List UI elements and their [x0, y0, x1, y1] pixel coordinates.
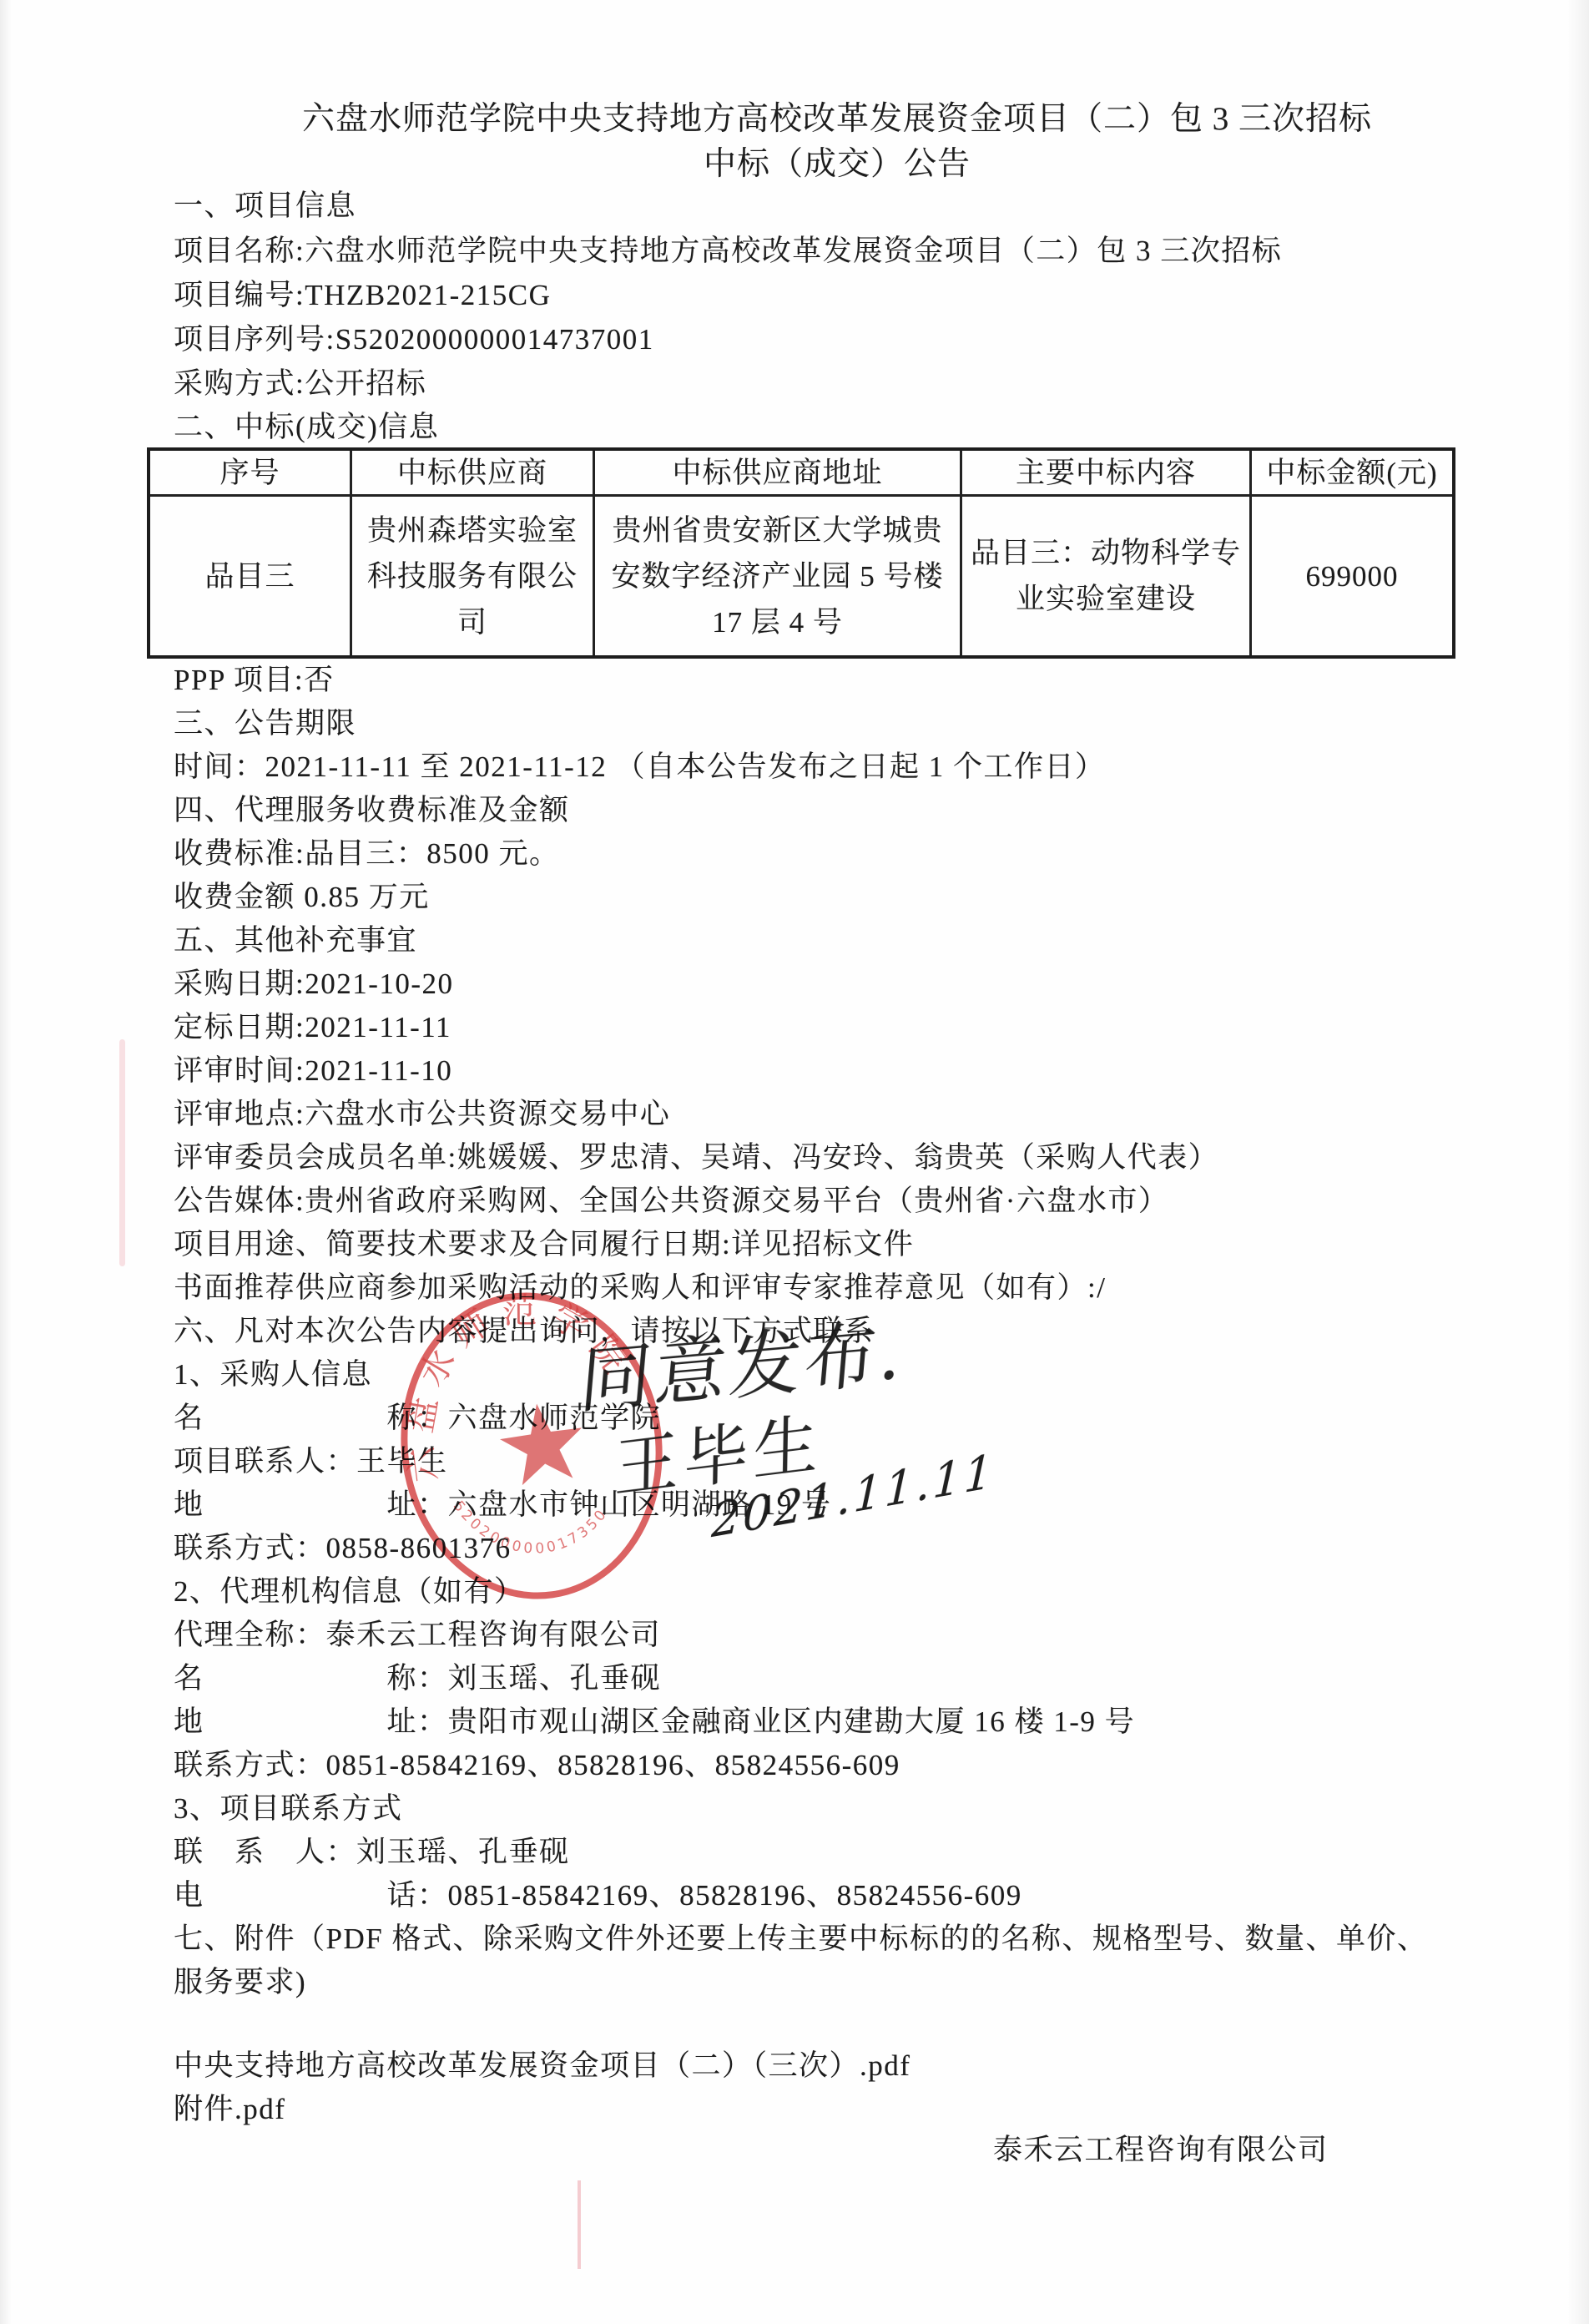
scan-artifact-pink-streak-left	[119, 1039, 125, 1266]
field-agency-phone: 联系方式：0851-85842169、85828196、85824556-609	[174, 1746, 900, 1785]
field-agency-contact-name: 名 称：刘玉瑶、孔垂砚	[174, 1660, 661, 1698]
field-fee-standard: 收费标准:品目三：8500 元。	[174, 835, 559, 873]
table-cell-address: 贵州省贵安新区大学城贵安数字经济产业园 5 号楼 17 层 4 号	[595, 497, 962, 655]
field-project-number: 项目编号:THZB2021-215CG	[174, 276, 551, 315]
field-review-committee: 评审委员会成员名单:姚媛媛、罗忠清、吴靖、冯安玲、翁贵英（采购人代表）	[174, 1139, 1218, 1177]
field-announce-media: 公告媒体:贵州省政府采购网、全国公共资源交易平台（贵州省·六盘水市）	[174, 1182, 1168, 1220]
table-header-content: 主要中标内容	[962, 451, 1252, 497]
field-ppp: PPP 项目:否	[174, 661, 335, 700]
field-project-name: 项目名称:六盘水师范学院中央支持地方高校改革发展资金项目（二）包 3 三次招标	[174, 232, 1282, 270]
subsection-purchaser-info: 1、采购人信息	[174, 1356, 372, 1394]
field-project-usage: 项目用途、简要技术要求及合同履行日期:详见招标文件	[174, 1225, 914, 1264]
attachment-file-1: 中央支持地方高校改革发展资金项目（二）（三次）.pdf	[174, 2047, 911, 2085]
section-3-heading: 三、公告期限	[174, 705, 356, 743]
field-contact-phone: 电 话：0851-85842169、85828196、85824556-609	[174, 1877, 1022, 1915]
field-announce-period: 时间：2021-11-11 至 2021-11-12 （自本公告发布之日起 1 …	[174, 748, 1105, 786]
scan-edge-shadow-left	[0, 0, 12, 2324]
field-agency-address: 地 址：贵阳市观山湖区金融商业区内建勘大厦 16 楼 1-9 号	[174, 1703, 1135, 1741]
table-header-address: 中标供应商地址	[595, 451, 962, 497]
field-agency-fullname: 代理全称：泰禾云工程咨询有限公司	[174, 1616, 661, 1655]
table-header-amount: 中标金额(元)	[1252, 451, 1452, 497]
table-cell-supplier: 贵州森塔实验室科技服务有限公司	[352, 497, 595, 655]
seal-star-icon	[496, 1398, 588, 1488]
table-cell-seq: 品目三	[150, 497, 352, 655]
field-fee-amount: 收费金额 0.85 万元	[174, 878, 430, 917]
attachment-file-2: 附件.pdf	[174, 2090, 285, 2129]
subsection-project-contact: 3、项目联系方式	[174, 1790, 403, 1828]
field-purchase-date: 采购日期:2021-10-20	[174, 965, 454, 1003]
seal-serial-arc-text: 520200000017350	[448, 1478, 616, 1569]
table-header-seq: 序号	[150, 451, 352, 497]
section-7-heading: 七、附件（PDF 格式、除采购文件外还要上传主要中标标的的名称、规格型号、数量、…	[174, 1920, 1427, 1958]
field-contact-person: 联 系 人：刘玉瑶、孔垂砚	[174, 1833, 570, 1872]
section-4-heading: 四、代理服务收费标准及金额	[174, 791, 570, 830]
scan-artifact-pink-streak-bottom	[578, 2180, 581, 2269]
svg-text:520200000017350: 520200000017350	[448, 1478, 616, 1569]
table-cell-amount: 699000	[1252, 497, 1452, 655]
section-7-heading-cont: 服务要求)	[174, 1963, 306, 2002]
field-review-place: 评审地点:六盘水市公共资源交易中心	[174, 1095, 670, 1134]
table-cell-content: 品目三：动物科学专业实验室建设	[962, 497, 1252, 655]
award-table: 序号 中标供应商 中标供应商地址 主要中标内容 中标金额(元) 品目三 贵州森塔…	[147, 447, 1455, 659]
scan-edge-shadow-right	[1567, 0, 1589, 2324]
footer-agency-company: 泰禾云工程咨询有限公司	[993, 2131, 1329, 2170]
doc-title-line2: 中标（成交）公告	[174, 145, 1501, 184]
section-2-heading: 二、中标(成交)信息	[174, 408, 439, 447]
doc-title-line1: 六盘水师范学院中央支持地方高校改革发展资金项目（二）包 3 三次招标	[174, 100, 1501, 139]
section-1-heading: 一、项目信息	[174, 187, 356, 225]
section-5-heading: 五、其他补充事宜	[174, 922, 417, 960]
scanned-document-page: 六盘水师范学院中央支持地方高校改革发展资金项目（二）包 3 三次招标 中标（成交…	[0, 0, 1589, 2324]
field-project-serial: 项目序列号:S5202000000014737001	[174, 321, 654, 359]
field-procurement-method: 采购方式:公开招标	[174, 365, 426, 403]
field-award-date: 定标日期:2021-11-11	[174, 1008, 451, 1047]
table-header-supplier: 中标供应商	[352, 451, 595, 497]
field-review-time: 评审时间:2021-11-10	[174, 1052, 452, 1090]
